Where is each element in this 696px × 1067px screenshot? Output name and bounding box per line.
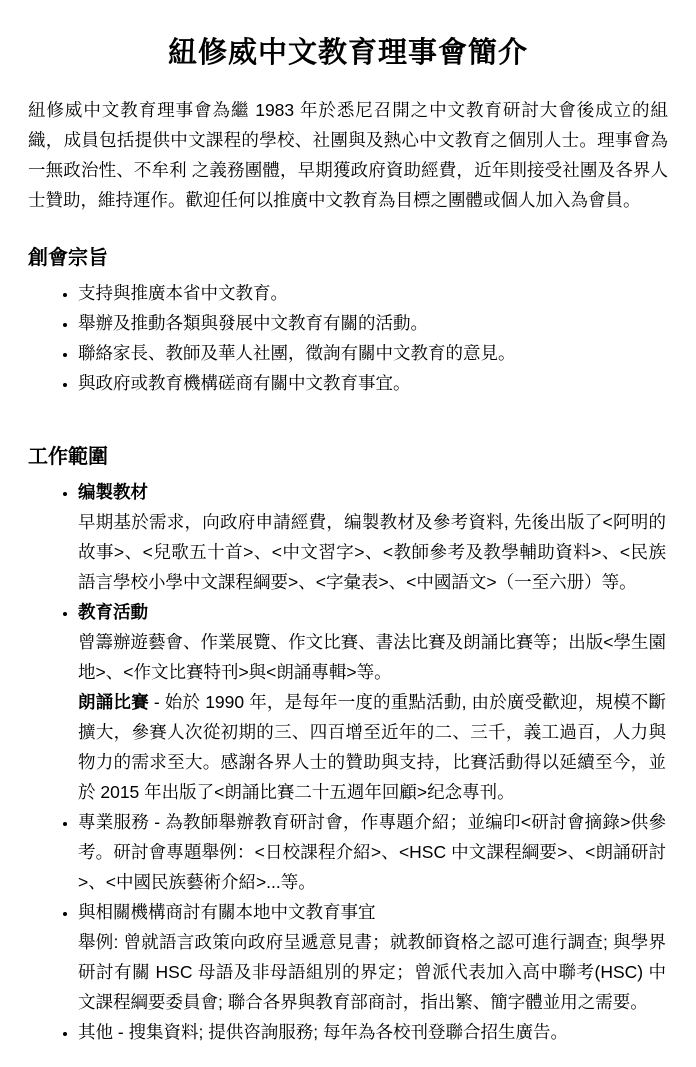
intro-paragraph: 紐修威中文教育理事會為繼 1983 年於悉尼召開之中文教育研討大會後成立的組織，… bbox=[28, 95, 668, 215]
list-item-others: 其他 - 搜集資料; 提供咨詢服務; 每年為各校刊登聯合招生廣告。 bbox=[78, 1017, 668, 1047]
list-item: 與政府或教育機構磋商有關中文教育事宜。 bbox=[78, 368, 668, 398]
work-scope-list: 编製教材 早期基於需求，向政府申請經費，编製教材及參考資料, 先後出版了<阿明的… bbox=[28, 477, 668, 1047]
section-heading-work-scope: 工作範圍 bbox=[28, 440, 668, 469]
recitation-contest-label: 朗誦比賽 bbox=[78, 692, 149, 712]
list-item: 舉辦及推動各類與發展中文教育有關的活動。 bbox=[78, 308, 668, 338]
list-item-title: 與相關機構商討有關本地中文教育事宜 bbox=[78, 902, 376, 922]
document-page: 紐修威中文教育理事會簡介 紐修威中文教育理事會為繼 1983 年於悉尼召開之中文… bbox=[0, 0, 696, 1067]
founding-aims-list: 支持與推廣本省中文教育。 舉辦及推動各類與發展中文教育有關的活動。 聯絡家長、教… bbox=[28, 278, 668, 398]
list-item-title: 教育活動 bbox=[78, 602, 148, 622]
list-item-consultation: 與相關機構商討有關本地中文教育事宜 舉例: 曾就語言政策向政府呈遞意見書；就教師… bbox=[78, 897, 668, 1017]
list-item-education-activities: 教育活動 曾籌辦遊藝會、作業展覽、作文比賽、書法比賽及朗誦比賽等；出版<學生園地… bbox=[78, 597, 668, 807]
list-item-professional-services: 專業服務 - 為教師舉辦教育研討會，作專題介紹；並编印<研討會摘錄>供參考。研討… bbox=[78, 807, 668, 897]
page-title: 紐修威中文教育理事會簡介 bbox=[28, 30, 668, 71]
list-item: 聯絡家長、教師及華人社團，徵詢有關中文教育的意見。 bbox=[78, 338, 668, 368]
list-item-subparagraph: 朗誦比賽 - 始於 1990 年，是每年一度的重點活動, 由於廣受歡迎，規模不斷… bbox=[78, 687, 666, 807]
section-heading-founding-aims: 創會宗旨 bbox=[28, 241, 668, 270]
list-item-body: 早期基於需求，向政府申請經費，编製教材及參考資料, 先後出版了<阿明的故事>、<… bbox=[78, 507, 666, 597]
list-item-textbooks: 编製教材 早期基於需求，向政府申請經費，编製教材及參考資料, 先後出版了<阿明的… bbox=[78, 477, 668, 597]
list-item-body: 舉例: 曾就語言政策向政府呈遞意見書；就教師資格之認可進行調查; 與學界研討有關… bbox=[78, 927, 666, 1017]
list-item: 支持與推廣本省中文教育。 bbox=[78, 278, 668, 308]
recitation-contest-text: - 始於 1990 年，是每年一度的重點活動, 由於廣受歡迎，規模不斷擴大，參賽… bbox=[78, 692, 666, 802]
list-item-title: 编製教材 bbox=[78, 482, 148, 502]
list-item-body: 曾籌辦遊藝會、作業展覽、作文比賽、書法比賽及朗誦比賽等；出版<學生園地>、<作文… bbox=[78, 627, 666, 687]
